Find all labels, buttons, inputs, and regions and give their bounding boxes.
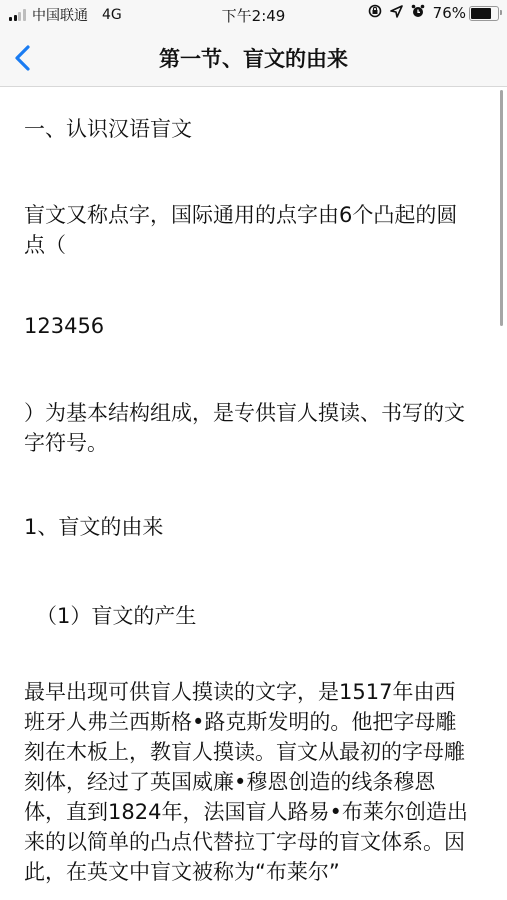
- battery-icon: [469, 6, 499, 21]
- status-right: 76%: [368, 4, 499, 22]
- sub-subsection-heading: （1）盲文的产生: [36, 601, 486, 631]
- location-icon: [390, 5, 403, 22]
- orientation-lock-icon: [368, 4, 382, 22]
- alarm-icon: [411, 4, 425, 22]
- battery-percent: 76%: [433, 4, 466, 22]
- page-title: 第一节、盲文的由来: [0, 43, 507, 73]
- navigation-bar: 第一节、盲文的由来: [0, 30, 507, 87]
- article-content[interactable]: 一、认识汉语盲文 盲文又称点字，国际通用的点字由6个凸起的圆点（ 123456 …: [0, 87, 507, 900]
- paragraph-history: 最早出现可供盲人摸读的文字，是1517年由西班牙人弗兰西斯格•路克斯发明的。他把…: [24, 677, 474, 887]
- section-heading: 一、认识汉语盲文: [24, 114, 474, 144]
- subsection-heading: 1、盲文的由来: [24, 512, 474, 542]
- paragraph-definition: 盲文又称点字，国际通用的点字由6个凸起的圆点（: [24, 200, 474, 260]
- status-bar: 中国联通 4G 下午2:49 76%: [0, 0, 507, 30]
- paragraph-dot-numbers: 123456: [24, 311, 474, 341]
- scrollbar[interactable]: [500, 90, 503, 326]
- paragraph-structure: ）为基本结构组成，是专供盲人摸读、书写的文字符号。: [24, 398, 474, 458]
